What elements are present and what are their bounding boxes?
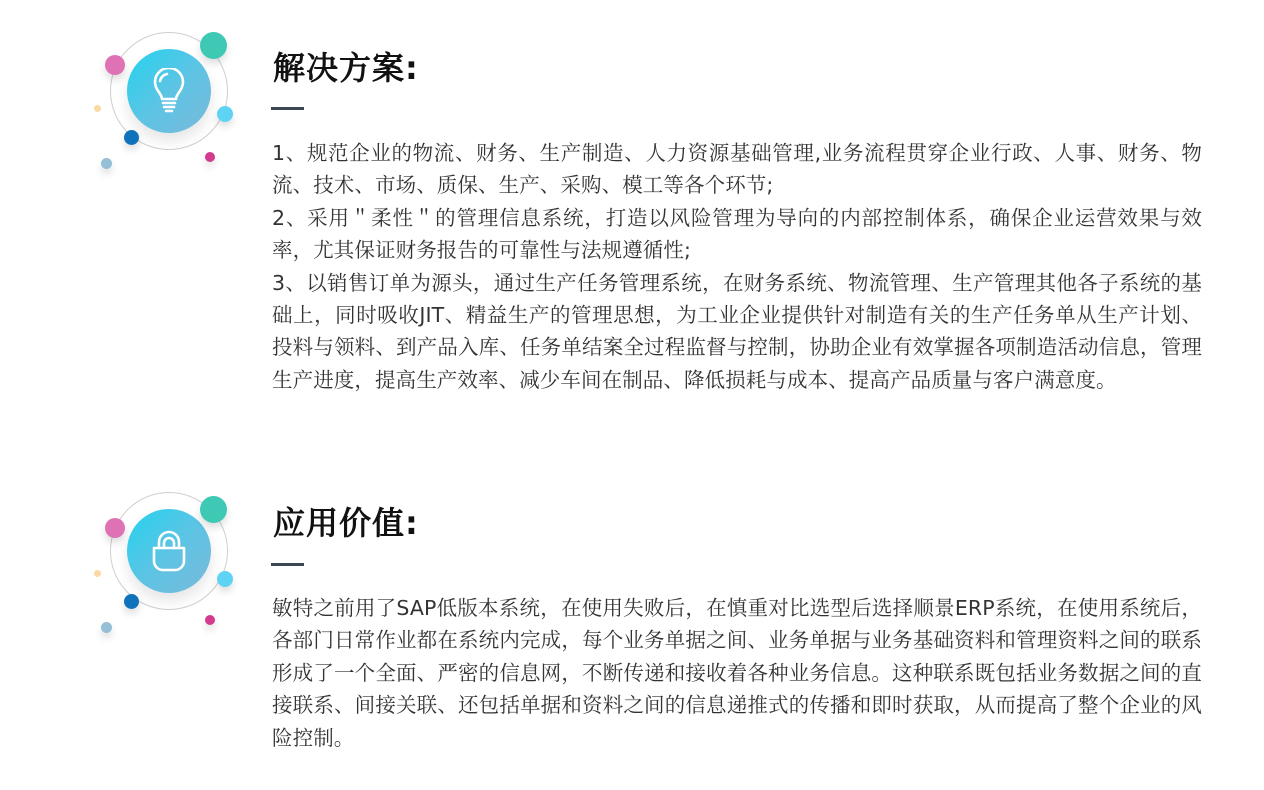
pink-dot — [105, 55, 125, 75]
grey-blue-dot — [101, 622, 112, 633]
magenta-dot — [205, 615, 215, 625]
blue-dot — [124, 130, 139, 145]
value-title: 应用价值: — [273, 503, 419, 543]
peach-dot — [94, 105, 101, 112]
lightbulb-icon — [149, 68, 189, 114]
blue-dot — [124, 594, 139, 609]
title-underline — [271, 107, 304, 110]
peach-dot — [94, 570, 101, 577]
emblem-core — [127, 49, 211, 133]
lock-icon — [150, 529, 188, 573]
solution-emblem — [80, 20, 250, 190]
pink-dot — [105, 518, 125, 538]
solution-body: 1、规范企业的物流、财务、生产制造、人力资源基础管理,业务流程贯穿企业行政、人事… — [272, 137, 1202, 396]
title-underline — [271, 563, 304, 566]
solution-paragraph-2: 2、采用＂柔性＂的管理信息系统，打造以风险管理为导向的内部控制体系，确保企业运营… — [272, 202, 1202, 267]
solution-title: 解决方案: — [273, 48, 419, 88]
value-paragraph-1: 敏特之前用了SAP低版本系统，在使用失败后，在慎重对比选型后选择顺景ERP系统，… — [272, 592, 1202, 754]
magenta-dot — [205, 152, 215, 162]
solution-paragraph-3: 3、以销售订单为源头，通过生产任务管理系统，在财务系统、物流管理、生产管理其他各… — [272, 267, 1202, 397]
value-emblem — [80, 480, 250, 650]
value-body: 敏特之前用了SAP低版本系统，在使用失败后，在慎重对比选型后选择顺景ERP系统，… — [272, 592, 1202, 754]
teal-dot — [200, 496, 227, 523]
grey-blue-dot — [101, 158, 112, 169]
sky-dot — [217, 106, 233, 122]
teal-dot — [200, 32, 227, 59]
emblem-core — [127, 509, 211, 593]
solution-paragraph-1: 1、规范企业的物流、财务、生产制造、人力资源基础管理,业务流程贯穿企业行政、人事… — [272, 137, 1202, 202]
sky-dot — [217, 571, 233, 587]
